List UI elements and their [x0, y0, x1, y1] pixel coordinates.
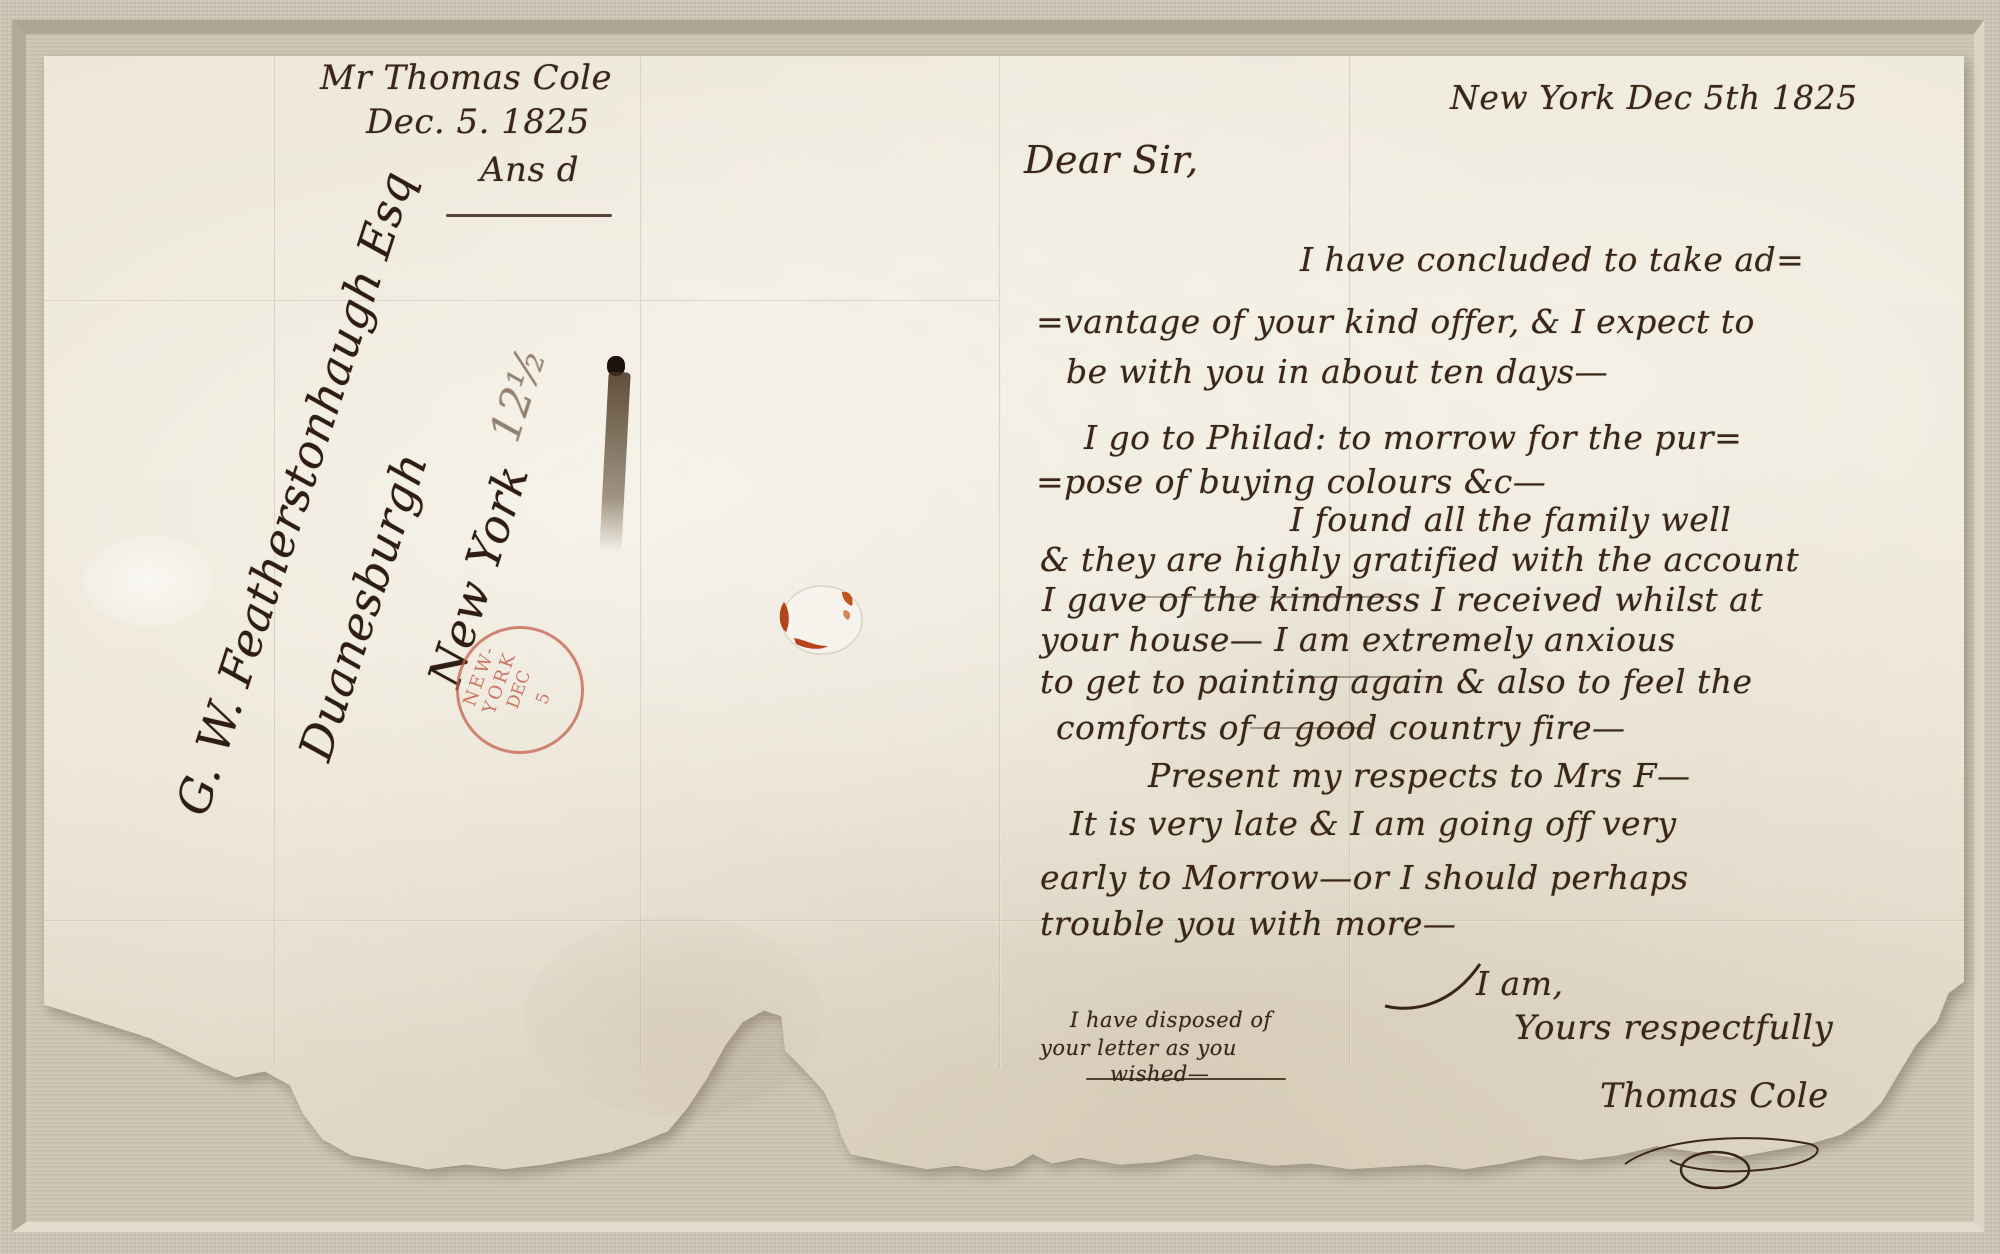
letter-line: be with you in about ten days— [1066, 352, 1608, 391]
emphasis-underline [1300, 676, 1440, 678]
letter-signature: Thomas Cole [1600, 1076, 1829, 1116]
letter-line: I go to Philad: to morrow for the pur= [1084, 418, 1742, 457]
docket-answered: Ans d [480, 150, 579, 190]
letter-line: & they are highly gratified with the acc… [1040, 540, 1799, 579]
docket-underline [446, 214, 612, 217]
letter-line: =pose of buying colours &c— [1036, 462, 1546, 501]
signature-flourish [1620, 1118, 1830, 1198]
postscript-line: your letter as you [1040, 1036, 1237, 1060]
wax-seal-remnant [772, 580, 872, 660]
docket-name: Mr Thomas Cole [320, 58, 612, 98]
letter-line: I found all the family well [1290, 500, 1731, 539]
postscript-underline [1086, 1078, 1286, 1080]
docket-date: Dec. 5. 1825 [366, 102, 590, 142]
emphasis-underline [1250, 727, 1370, 729]
postscript-line: I have disposed of [1070, 1008, 1272, 1032]
closing-flourish [1380, 960, 1490, 1020]
letter-dateline: New York Dec 5th 1825 [1450, 78, 1858, 117]
picture-frame: Mr Thomas Cole Dec. 5. 1825 Ans d G. W. … [0, 0, 2000, 1254]
letter-line: I have concluded to take ad= [1300, 240, 1804, 279]
letter-line: your house— I am extremely anxious [1040, 620, 1676, 659]
letter-line: I gave of the kindness I received whilst… [1042, 580, 1763, 619]
letter-line: trouble you with more— [1040, 904, 1456, 943]
letter-line: =vantage of your kind offer, & I expect … [1036, 302, 1755, 341]
letter-line: It is very late & I am going off very [1070, 804, 1677, 843]
letter-line: to get to painting again & also to feel … [1040, 662, 1753, 701]
letter-line: early to Morrow—or I should perhaps [1040, 858, 1689, 897]
letter-closing-yours: Yours respectfully [1514, 1008, 1833, 1048]
letter-salutation: Dear Sir, [1024, 138, 1199, 182]
emphasis-underline [1270, 596, 1390, 598]
emphasis-underline [1140, 596, 1260, 598]
letter-line: Present my respects to Mrs F— [1148, 756, 1690, 795]
postscript-line: wished— [1110, 1062, 1209, 1086]
